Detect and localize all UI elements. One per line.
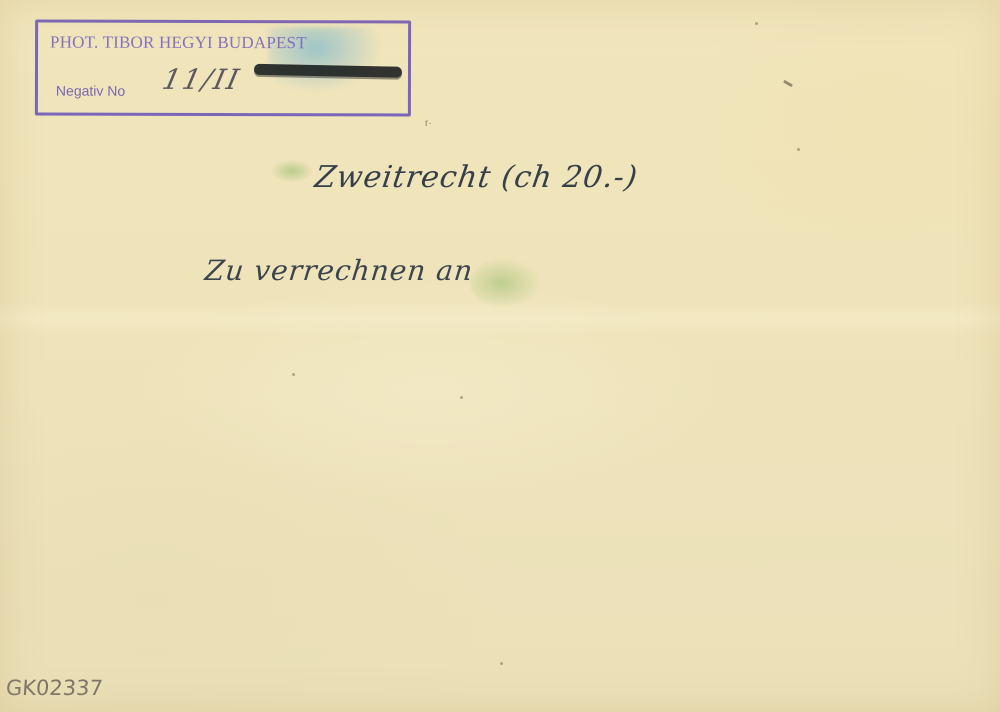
handwritten-billing-note: Zu verrechnen an: [203, 254, 475, 287]
pencil-mark: r·: [425, 118, 445, 128]
archive-number: GK02337: [5, 676, 104, 700]
green-smudge: [470, 258, 540, 308]
photographer-stamp: PHOT. TIBOR HEGYI BUDAPEST Negativ No 11…: [35, 20, 411, 117]
green-smudge: [272, 160, 312, 182]
negative-number-label: Negativ No: [56, 83, 125, 99]
negative-number-value: 11/II: [159, 63, 243, 96]
paper-speck: [292, 373, 295, 376]
handwritten-rights-note: Zweitrecht (ch 20.-): [313, 160, 641, 195]
marker-redaction: [254, 64, 402, 78]
paper-speck: [500, 662, 503, 665]
paper-speck: [797, 148, 800, 151]
paper-speck: [755, 22, 758, 25]
paper-speck: [460, 396, 463, 399]
stamp-title: PHOT. TIBOR HEGYI BUDAPEST: [50, 33, 307, 54]
